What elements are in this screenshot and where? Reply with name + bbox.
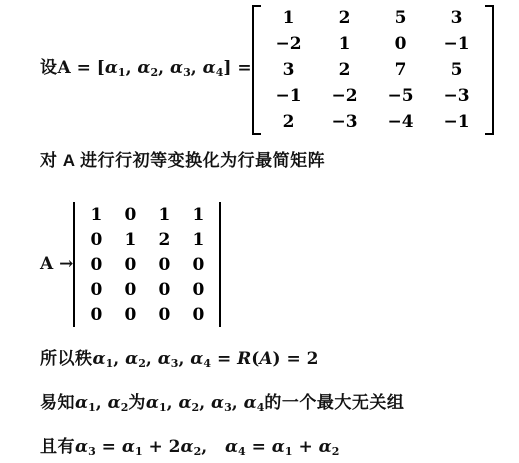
math-token: 易知	[40, 393, 75, 412]
transform-heading: 对 A 进行行初等变换化为行最简矩阵	[40, 148, 519, 172]
matrix-cell: −3	[317, 109, 373, 135]
matrix-cell: 1	[317, 31, 373, 57]
matrix-a-right-bracket	[485, 5, 494, 135]
math-token: α	[158, 349, 171, 369]
conclusion-relations-line: 且有α3 = α1 + 2α2, α4 = α1 + α2	[40, 434, 519, 463]
matrix-cell: 5	[373, 5, 429, 31]
matrix-cell: 2	[317, 57, 373, 83]
matrix-rref: 10110121000000000000	[73, 202, 221, 327]
math-token: A	[259, 349, 272, 369]
math-token: α	[319, 437, 332, 457]
matrix-cell: 0	[79, 227, 113, 252]
math-token: α	[244, 393, 257, 413]
matrix-cell: 0	[79, 252, 113, 277]
math-token: ,	[96, 393, 108, 413]
math-token: α	[93, 349, 106, 369]
math-token: A →	[40, 254, 73, 274]
math-token: 1	[159, 401, 167, 414]
math-token: ] =	[223, 58, 251, 78]
math-token: ,	[146, 349, 158, 369]
math-token: 对 A 进行行初等变换化为行最简矩阵	[40, 151, 325, 170]
conclusion-basis-line: 易知α1, α2为α1, α2, α3, α4的一个最大无关组	[40, 390, 519, 421]
math-token: 且有	[40, 437, 75, 456]
matrix-cell: −2	[317, 83, 373, 109]
math-token: 2	[138, 357, 146, 370]
define-statement-row: 设A = [α1, α2, α3, α4] = 1253−210−13275−1…	[40, 5, 519, 135]
math-token: 为	[128, 393, 146, 412]
matrix-cell: 1	[113, 227, 147, 252]
math-token: α	[125, 349, 138, 369]
matrix-cell: 0	[113, 302, 147, 327]
math-token: α	[75, 437, 88, 457]
math-token: 设	[40, 58, 58, 77]
matrix-cell: −1	[429, 109, 485, 135]
matrix-cell: 1	[181, 202, 215, 227]
math-token: =	[96, 437, 122, 457]
matrix-a-left-bracket	[252, 5, 261, 135]
math-token: α	[203, 58, 216, 78]
math-token: 1	[135, 445, 143, 458]
define-statement-text: 设A = [α1, α2, α3, α4] =	[40, 55, 252, 86]
math-token: α	[225, 437, 238, 457]
math-token: 2	[332, 445, 340, 458]
matrix-cell: 0	[373, 31, 429, 57]
math-token: ,	[167, 393, 179, 413]
math-token: α	[137, 58, 150, 78]
math-token: α	[122, 437, 135, 457]
math-token: α	[75, 393, 88, 413]
math-token: 3	[183, 66, 191, 79]
math-token: =	[246, 437, 272, 457]
math-token: α	[105, 58, 118, 78]
math-token: α	[272, 437, 285, 457]
arrow-label: A →	[40, 251, 73, 278]
rref-statement-row: A → 10110121000000000000	[40, 202, 519, 327]
math-token: α	[181, 437, 194, 457]
matrix-cell: −3	[429, 83, 485, 109]
math-token: ,	[158, 58, 170, 78]
math-token: ,	[113, 349, 125, 369]
matrix-cell: 0	[181, 252, 215, 277]
matrix-cell: 5	[429, 57, 485, 83]
matrix-cell: 0	[181, 277, 215, 302]
matrix-cell: 2	[317, 5, 373, 31]
math-token: α	[178, 393, 191, 413]
math-token: =	[211, 349, 237, 369]
math-token: α	[108, 393, 121, 413]
matrix-cell: 3	[429, 5, 485, 31]
matrix-a-grid: 1253−210−13275−1−2−5−32−3−4−1	[261, 5, 485, 135]
matrix-rref-grid: 10110121000000000000	[79, 202, 215, 327]
matrix-cell: −2	[261, 31, 317, 57]
math-token: ,	[201, 437, 225, 457]
math-token: 3	[88, 445, 96, 458]
math-token: 3	[224, 401, 232, 414]
math-token: 1	[285, 445, 293, 458]
matrix-cell: 0	[147, 252, 181, 277]
matrix-rref-right-bar	[219, 202, 221, 327]
math-token: 4	[203, 357, 211, 370]
matrix-cell: 0	[79, 302, 113, 327]
matrix-cell: 0	[147, 277, 181, 302]
math-token: + 2	[143, 437, 181, 457]
math-token: +	[293, 437, 319, 457]
math-token: ,	[178, 349, 190, 369]
math-token: ) = 2	[273, 349, 319, 369]
math-token: α	[211, 393, 224, 413]
matrix-cell: 1	[147, 202, 181, 227]
matrix-cell: −1	[429, 31, 485, 57]
math-token: ,	[232, 393, 244, 413]
matrix-cell: 1	[79, 202, 113, 227]
math-token: 所以秩	[40, 349, 93, 368]
matrix-cell: −4	[373, 109, 429, 135]
matrix-cell: 2	[261, 109, 317, 135]
matrix-cell: 0	[147, 302, 181, 327]
matrix-cell: −5	[373, 83, 429, 109]
math-token: 4	[238, 445, 246, 458]
matrix-cell: 0	[113, 277, 147, 302]
math-token: α	[190, 349, 203, 369]
matrix-cell: 2	[147, 227, 181, 252]
matrix-cell: 0	[113, 252, 147, 277]
matrix-cell: 0	[113, 202, 147, 227]
matrix-cell: 7	[373, 57, 429, 83]
matrix-cell: 1	[181, 227, 215, 252]
math-token: α	[170, 58, 183, 78]
math-document-page: 设A = [α1, α2, α3, α4] = 1253−210−13275−1…	[0, 0, 519, 463]
math-token: 的一个最大无关组	[264, 393, 404, 412]
matrix-cell: 0	[181, 302, 215, 327]
math-token: ,	[199, 393, 211, 413]
matrix-cell: 3	[261, 57, 317, 83]
matrix-a: 1253−210−13275−1−2−5−32−3−4−1	[252, 5, 494, 135]
matrix-cell: −1	[261, 83, 317, 109]
math-token: α	[146, 393, 159, 413]
math-token: ,	[191, 58, 203, 78]
math-token: ,	[126, 58, 138, 78]
math-token: 1	[118, 66, 126, 79]
matrix-cell: 0	[79, 277, 113, 302]
math-token: R	[237, 349, 251, 369]
math-token: 1	[88, 401, 96, 414]
matrix-rref-left-bar	[73, 202, 75, 327]
conclusion-rank-line: 所以秩α1, α2, α3, α4 = R(A) = 2	[40, 346, 519, 377]
math-token: A = [	[58, 58, 105, 78]
matrix-cell: 1	[261, 5, 317, 31]
